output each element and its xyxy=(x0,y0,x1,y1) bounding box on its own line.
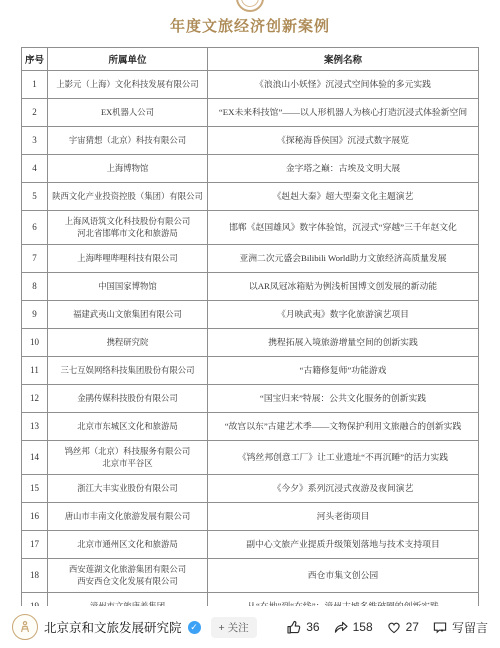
row-organization: 唐山市丰南文化旅游发展有限公司 xyxy=(48,503,208,531)
seal-figure-icon xyxy=(18,620,32,634)
row-index: 10 xyxy=(22,329,48,357)
table-row: 12 金鹃传媒科技股份有限公司 “国宝归来”特展：公共文化服务的创新实践 xyxy=(22,385,479,413)
row-index: 13 xyxy=(22,413,48,441)
row-case-name: 《探秘海昏侯国》沉浸式数字展览 xyxy=(208,127,479,155)
table-body: 1 上影元（上海）文化科技发展有限公司 《浪浪山小妖怪》沉浸式空间体验的多元实践… xyxy=(22,71,479,621)
table-row: 1 上影元（上海）文化科技发展有限公司 《浪浪山小妖怪》沉浸式空间体验的多元实践 xyxy=(22,71,479,99)
table-row: 17 北京市通州区文化和旅游局 副中心文旅产业提质升级策划落地与技术支持项目 xyxy=(22,531,479,559)
row-index: 9 xyxy=(22,301,48,329)
table-row: 18 西安莲湖文化旅游集团有限公司 西安西仓文化发展有限公司 西仓市集文创公园 xyxy=(22,559,479,593)
row-case-name: 邯郸《赵国雄风》数字体验馆，沉浸式“穿越”三千年赵文化 xyxy=(208,211,479,245)
row-organization: 上海博物馆 xyxy=(48,155,208,183)
row-case-name: 副中心文旅产业提质升级策划落地与技术支持项目 xyxy=(208,531,479,559)
row-case-name: 亚洲二次元盛会Bilibili World助力文旅经济高质量发展 xyxy=(208,245,479,273)
action-buttons: 36 158 27 xyxy=(286,619,488,636)
row-organization: 鸨丝邦（北京）科技服务有限公司 北京市平谷区 xyxy=(48,441,208,475)
row-organization: 上海风语筑文化科技股份有限公司 河北省邯郸市文化和旅游局 xyxy=(48,211,208,245)
table-row: 11 三七互娱网络科技集团股份有限公司 “古籍修复师”功能游戏 xyxy=(22,357,479,385)
verified-badge-icon: ✓ xyxy=(188,621,201,634)
article-page: 年度文旅经济创新案例 序号 所属单位 案例名称 1 上影元（上海）文化科技发展有… xyxy=(0,0,500,648)
row-index: 15 xyxy=(22,475,48,503)
row-index: 4 xyxy=(22,155,48,183)
share-count: 158 xyxy=(353,620,373,634)
thumbs-up-icon xyxy=(286,619,302,635)
row-case-name: 《今夕》系列沉浸式夜游及夜间演艺 xyxy=(208,475,479,503)
table-row: 9 福建武夷山文旅集团有限公司 《月映武夷》数字化旅游演艺项目 xyxy=(22,301,479,329)
like-button[interactable]: 36 xyxy=(286,619,319,635)
col-header-case-name: 案例名称 xyxy=(208,48,479,71)
account-info[interactable]: 北京京和文旅发展研究院 ✓ + 关注 xyxy=(12,614,257,640)
row-organization: 三七互娱网络科技集团股份有限公司 xyxy=(48,357,208,385)
row-index: 7 xyxy=(22,245,48,273)
row-case-name: 《鸨丝邦创意工厂》让工业遗址“不再沉睡”的活力实践 xyxy=(208,441,479,475)
row-organization: 北京市东城区文化和旅游局 xyxy=(48,413,208,441)
account-avatar[interactable] xyxy=(12,614,38,640)
like-count: 36 xyxy=(306,620,319,634)
row-index: 14 xyxy=(22,441,48,475)
table-header-row: 序号 所属单位 案例名称 xyxy=(22,48,479,71)
row-organization: EX机器人公司 xyxy=(48,99,208,127)
heart-icon xyxy=(386,619,402,635)
row-organization: 金鹃传媒科技股份有限公司 xyxy=(48,385,208,413)
row-case-name: 河头老街项目 xyxy=(208,503,479,531)
row-index: 3 xyxy=(22,127,48,155)
row-case-name: 《浪浪山小妖怪》沉浸式空间体验的多元实践 xyxy=(208,71,479,99)
row-case-name: “EX未来科技馆”——以人形机器人为核心打造沉浸式体验新空间 xyxy=(208,99,479,127)
row-case-name: 《赳赳大秦》超大型秦文化主题演艺 xyxy=(208,183,479,211)
table-row: 4 上海博物馆 金字塔之巅：古埃及文明大展 xyxy=(22,155,479,183)
comment-button[interactable]: 写留言 xyxy=(432,619,488,636)
table-row: 7 上海哔哩哔哩科技有限公司 亚洲二次元盛会Bilibili World助力文旅… xyxy=(22,245,479,273)
row-organization: 宇宙猜想（北京）科技有限公司 xyxy=(48,127,208,155)
row-organization: 上海哔哩哔哩科技有限公司 xyxy=(48,245,208,273)
table-row: 16 唐山市丰南文化旅游发展有限公司 河头老街项目 xyxy=(22,503,479,531)
comment-plus-icon xyxy=(432,619,448,635)
table-row: 13 北京市东城区文化和旅游局 “故宫以东”古建艺术季——文物保护利用文旅融合的… xyxy=(22,413,479,441)
forward-arrow-icon xyxy=(333,619,349,635)
engagement-bar: 北京京和文旅发展研究院 ✓ + 关注 36 158 xyxy=(0,606,500,648)
row-index: 5 xyxy=(22,183,48,211)
table-row: 2 EX机器人公司 “EX未来科技馆”——以人形机器人为核心打造沉浸式体验新空间 xyxy=(22,99,479,127)
heart-count: 27 xyxy=(406,620,419,634)
col-header-index: 序号 xyxy=(22,48,48,71)
row-organization: 上影元（上海）文化科技发展有限公司 xyxy=(48,71,208,99)
table-row: 15 浙江大丰实业股份有限公司 《今夕》系列沉浸式夜游及夜间演艺 xyxy=(22,475,479,503)
table-row: 8 中国国家博物馆 以AR凤冠冰箱贴为例浅析国博文创发展的新动能 xyxy=(22,273,479,301)
row-index: 16 xyxy=(22,503,48,531)
row-organization: 北京市通州区文化和旅游局 xyxy=(48,531,208,559)
row-case-name: “故宫以东”古建艺术季——文物保护利用文旅融合的创新实践 xyxy=(208,413,479,441)
row-case-name: 西仓市集文创公园 xyxy=(208,559,479,593)
row-index: 17 xyxy=(22,531,48,559)
account-name[interactable]: 北京京和文旅发展研究院 xyxy=(44,618,182,636)
row-case-name: “国宝归来”特展：公共文化服务的创新实践 xyxy=(208,385,479,413)
row-case-name: 《月映武夷》数字化旅游演艺项目 xyxy=(208,301,479,329)
table-row: 3 宇宙猜想（北京）科技有限公司 《探秘海昏侯国》沉浸式数字展览 xyxy=(22,127,479,155)
row-organization: 福建武夷山文旅集团有限公司 xyxy=(48,301,208,329)
row-organization: 陕西文化产业投资控股（集团）有限公司 xyxy=(48,183,208,211)
row-organization: 中国国家博物馆 xyxy=(48,273,208,301)
row-case-name: “古籍修复师”功能游戏 xyxy=(208,357,479,385)
table-row: 14 鸨丝邦（北京）科技服务有限公司 北京市平谷区 《鸨丝邦创意工厂》让工业遗址… xyxy=(22,441,479,475)
case-table: 序号 所属单位 案例名称 1 上影元（上海）文化科技发展有限公司 《浪浪山小妖怪… xyxy=(21,47,479,621)
row-index: 18 xyxy=(22,559,48,593)
row-index: 12 xyxy=(22,385,48,413)
row-index: 2 xyxy=(22,99,48,127)
table-row: 6 上海风语筑文化科技股份有限公司 河北省邯郸市文化和旅游局 邯郸《赵国雄风》数… xyxy=(22,211,479,245)
row-case-name: 携程拓展入境旅游增量空间的创新实践 xyxy=(208,329,479,357)
table-row: 5 陕西文化产业投资控股（集团）有限公司 《赳赳大秦》超大型秦文化主题演艺 xyxy=(22,183,479,211)
row-index: 8 xyxy=(22,273,48,301)
row-index: 6 xyxy=(22,211,48,245)
table-row: 10 携程研究院 携程拓展入境旅游增量空间的创新实践 xyxy=(22,329,479,357)
follow-button[interactable]: + 关注 xyxy=(211,617,257,638)
row-organization: 浙江大丰实业股份有限公司 xyxy=(48,475,208,503)
heart-button[interactable]: 27 xyxy=(386,619,419,635)
row-index: 11 xyxy=(22,357,48,385)
col-header-organization: 所属单位 xyxy=(48,48,208,71)
row-organization: 西安莲湖文化旅游集团有限公司 西安西仓文化发展有限公司 xyxy=(48,559,208,593)
comment-label: 写留言 xyxy=(452,619,488,636)
row-organization: 携程研究院 xyxy=(48,329,208,357)
row-index: 1 xyxy=(22,71,48,99)
row-case-name: 金字塔之巅：古埃及文明大展 xyxy=(208,155,479,183)
share-button[interactable]: 158 xyxy=(333,619,373,635)
row-case-name: 以AR凤冠冰箱贴为例浅析国博文创发展的新动能 xyxy=(208,273,479,301)
